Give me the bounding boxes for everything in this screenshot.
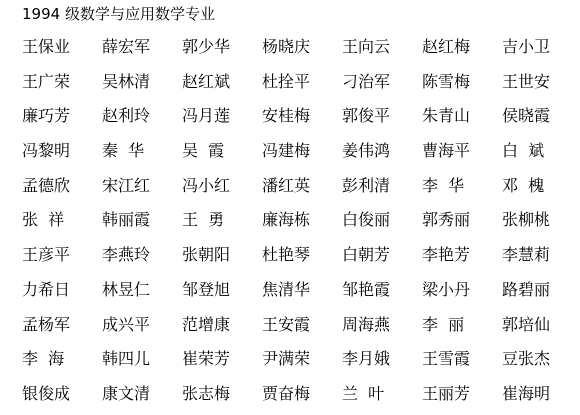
student-name: 路碧丽 xyxy=(502,279,580,314)
student-name: 冯小红 xyxy=(182,175,262,210)
student-name: 郭秀丽 xyxy=(422,209,502,244)
student-name: 尹满荣 xyxy=(262,348,342,383)
student-name: 李燕玲 xyxy=(102,244,182,279)
student-name: 王向云 xyxy=(342,36,422,71)
student-name: 张朝阳 xyxy=(182,244,262,279)
student-name: 朱青山 xyxy=(422,105,502,140)
student-name: 薛宏军 xyxy=(102,36,182,71)
student-name: 邹登旭 xyxy=(182,279,262,314)
student-name: 陈雪梅 xyxy=(422,71,502,106)
student-name: 姜伟鸿 xyxy=(342,140,422,175)
student-name: 梁小丹 xyxy=(422,279,502,314)
student-name: 王雪霞 xyxy=(422,348,502,383)
student-name: 张志梅 xyxy=(182,383,262,415)
student-name: 郭培仙 xyxy=(502,314,580,349)
student-name: 孟杨军 xyxy=(22,314,102,349)
student-name: 邓 槐 xyxy=(502,175,580,210)
student-name: 崔海明 xyxy=(502,383,580,415)
student-name: 银俊成 xyxy=(22,383,102,415)
student-name: 冯建梅 xyxy=(262,140,342,175)
student-name: 力希日 xyxy=(22,279,102,314)
student-name: 冯黎明 xyxy=(22,140,102,175)
student-name: 潘红英 xyxy=(262,175,342,210)
student-name: 韩四儿 xyxy=(102,348,182,383)
student-name: 李 海 xyxy=(22,348,102,383)
student-name: 李艳芳 xyxy=(422,244,502,279)
student-name: 侯晓霞 xyxy=(502,105,580,140)
student-name: 兰 叶 xyxy=(342,383,422,415)
student-name: 郭俊平 xyxy=(342,105,422,140)
student-name: 宋江红 xyxy=(102,175,182,210)
student-name: 李慧莉 xyxy=(502,244,580,279)
student-name: 赵红梅 xyxy=(422,36,502,71)
student-name: 成兴平 xyxy=(102,314,182,349)
student-name: 王安霞 xyxy=(262,314,342,349)
student-name: 杜艳琴 xyxy=(262,244,342,279)
student-name: 吴 霞 xyxy=(182,140,262,175)
student-name: 李 丽 xyxy=(422,314,502,349)
student-name: 王世安 xyxy=(502,71,580,106)
list-heading: 1994 级数学与应用数学专业 xyxy=(22,4,215,24)
student-name: 白 斌 xyxy=(502,140,580,175)
student-name: 秦 华 xyxy=(102,140,182,175)
student-name: 范增康 xyxy=(182,314,262,349)
student-name: 彭利清 xyxy=(342,175,422,210)
student-name: 康文清 xyxy=(102,383,182,415)
student-name: 李月娥 xyxy=(342,348,422,383)
student-name: 吉小卫 xyxy=(502,36,580,71)
student-name: 张柳桃 xyxy=(502,209,580,244)
student-name: 张 祥 xyxy=(22,209,102,244)
student-name: 贾奋梅 xyxy=(262,383,342,415)
student-name: 邹艳霞 xyxy=(342,279,422,314)
student-name: 林昱仁 xyxy=(102,279,182,314)
student-name: 焦清华 xyxy=(262,279,342,314)
student-name: 冯月莲 xyxy=(182,105,262,140)
student-name: 韩丽霞 xyxy=(102,209,182,244)
student-name: 王彦平 xyxy=(22,244,102,279)
name-grid: 王保业 薛宏军 郭少华 杨晓庆 王向云 赵红梅 吉小卫 王广荣 吴林清 赵红斌 … xyxy=(22,36,580,415)
student-name: 刁治军 xyxy=(342,71,422,106)
student-name: 豆张杰 xyxy=(502,348,580,383)
student-name: 郭少华 xyxy=(182,36,262,71)
student-name: 王丽芳 xyxy=(422,383,502,415)
student-name: 崔荣芳 xyxy=(182,348,262,383)
student-name: 曹海平 xyxy=(422,140,502,175)
student-name: 李 华 xyxy=(422,175,502,210)
student-name: 吴林清 xyxy=(102,71,182,106)
student-name: 周海燕 xyxy=(342,314,422,349)
student-name: 孟德欣 xyxy=(22,175,102,210)
student-name: 杜拴平 xyxy=(262,71,342,106)
student-name: 廉巧芳 xyxy=(22,105,102,140)
student-name: 杨晓庆 xyxy=(262,36,342,71)
student-name: 廉海栋 xyxy=(262,209,342,244)
student-name: 白俊丽 xyxy=(342,209,422,244)
student-name: 赵红斌 xyxy=(182,71,262,106)
student-name: 王 勇 xyxy=(182,209,262,244)
student-name: 赵利玲 xyxy=(102,105,182,140)
student-name: 王广荣 xyxy=(22,71,102,106)
student-name: 安桂梅 xyxy=(262,105,342,140)
student-name: 白朝芳 xyxy=(342,244,422,279)
student-name: 王保业 xyxy=(22,36,102,71)
